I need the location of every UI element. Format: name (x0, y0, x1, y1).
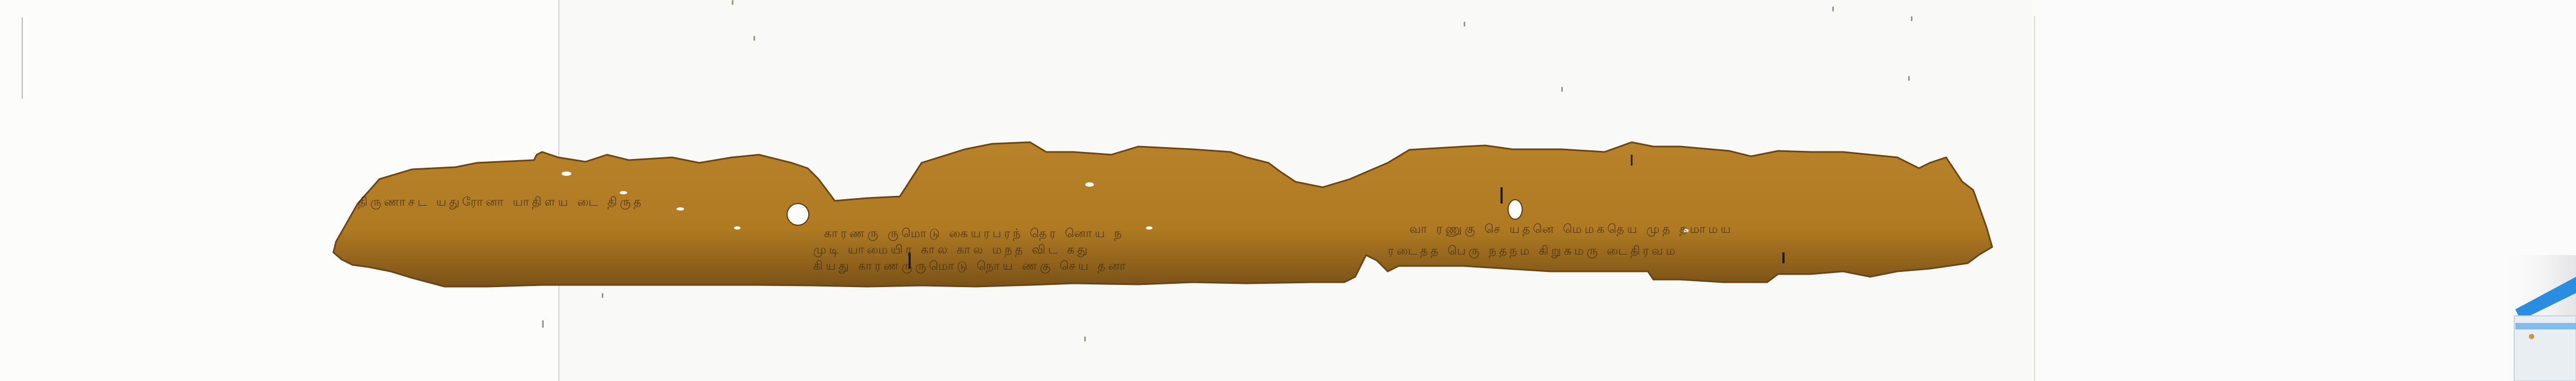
manuscript-line-1: காரணரு ருமொடு கையரபரந் தெர னொய ந (824, 227, 1124, 242)
binding-hole-right (1508, 200, 1522, 219)
manuscript-line-6: ரடைதத பெரு நதநம கிறுகமரு டைதிரவம (1388, 244, 1678, 259)
blue-capped-container (2499, 255, 2576, 381)
palm-leaf-manuscript (0, 0, 2576, 381)
manuscript-line-3: கியது காரணருருமொடு நொய ணகு செய தனா (813, 259, 1129, 275)
binding-hole-left (787, 204, 809, 225)
manuscript-line-5: வா ரணுகு செ யதனெ மெமகதெய முத தமாமய (1409, 223, 1734, 238)
manuscript-line-2: முடி யாமையிர கால கால மநத விட கது (813, 243, 1090, 258)
manuscript-line-4: திருணாசட யதுரோனா யாதிளய டை திருத (358, 195, 644, 211)
